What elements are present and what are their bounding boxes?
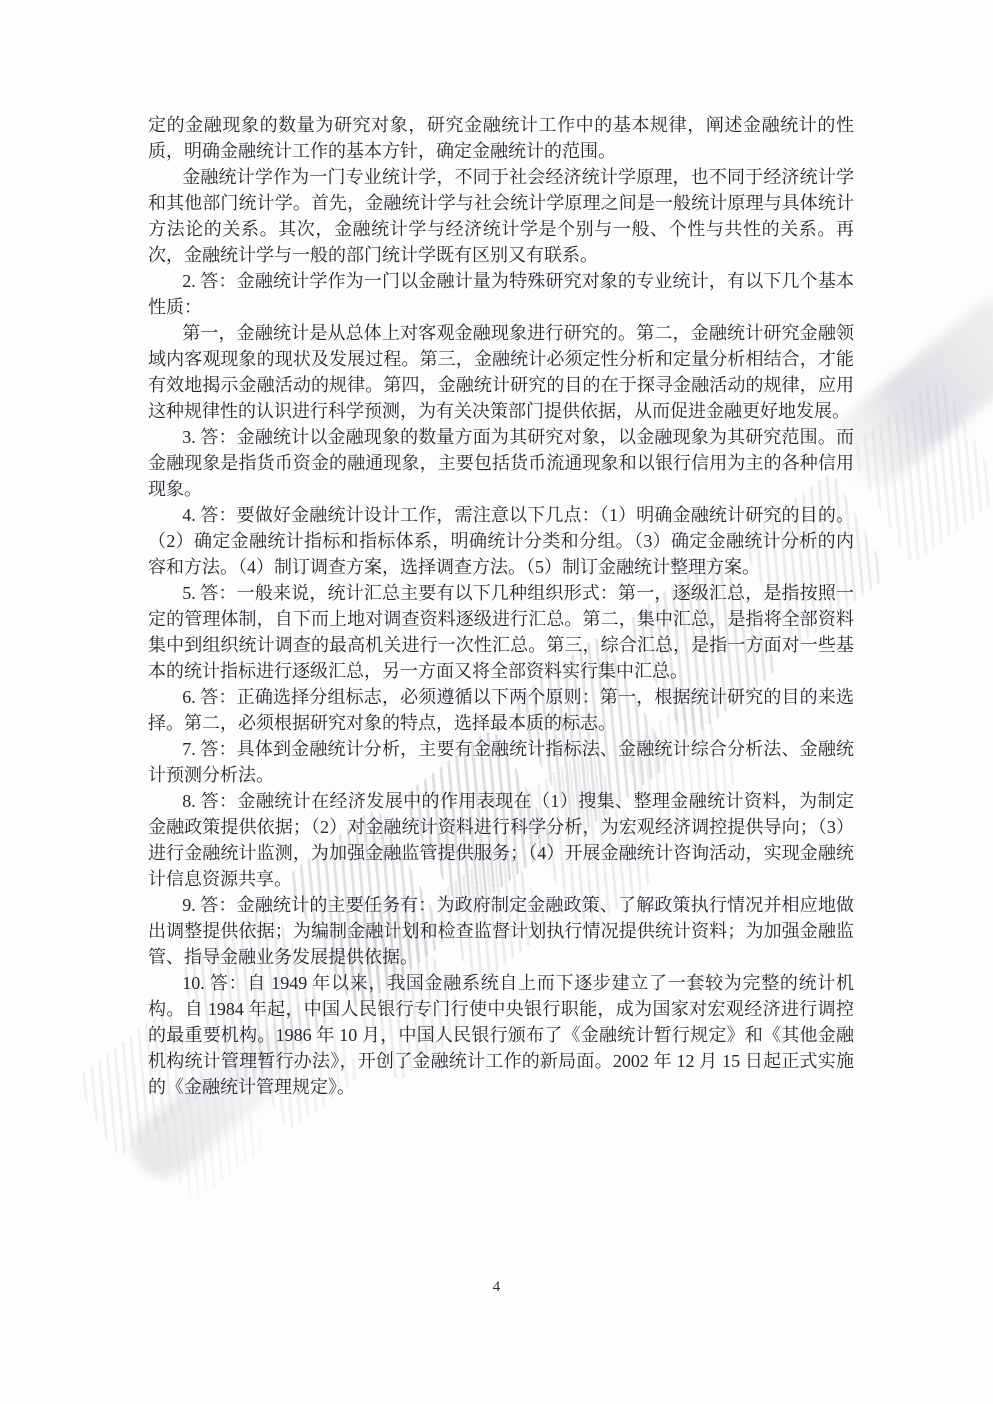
paragraph: 6. 答：正确选择分组标志，必须遵循以下两个原则：第一，根据统计研究的目的来选择… <box>148 684 854 736</box>
paragraph: 7. 答：具体到金融统计分析，主要有金融统计指标法、金融统计综合分析法、金融统计… <box>148 736 854 788</box>
paragraph: 8. 答：金融统计在经济发展中的作用表现在（1）搜集、整理金融统计资料，为制定金… <box>148 788 854 892</box>
watermark-hatch-mark <box>848 376 993 567</box>
paragraph: 9. 答：金融统计的主要任务有：为政府制定金融政策、了解政策执行情况并相应地做出… <box>148 892 854 970</box>
paragraph: 4. 答：要做好金融统计设计工作，需注意以下几点：（1）明确金融统计研究的目的。… <box>148 502 854 580</box>
page-content: 定的金融现象的数量为研究对象，研究金融统计工作中的基本规律，阐述金融统计的性质，… <box>148 112 854 1100</box>
page-number: 4 <box>493 1279 501 1295</box>
paragraph: 定的金融现象的数量为研究对象，研究金融统计工作中的基本规律，阐述金融统计的性质，… <box>148 112 854 164</box>
paragraph: 金融统计学作为一门专业统计学，不同于社会经济统计学原理，也不同于经济统计学和其他… <box>148 164 854 268</box>
paragraph: 第一，金融统计是从总体上对客观金融现象进行研究的。第二，金融统计研究金融领域内客… <box>148 320 854 424</box>
paragraph: 3. 答：金融统计以金融现象的数量方面为其研究对象，以金融现象为其研究范围。而金… <box>148 424 854 502</box>
paragraph: 5. 答：一般来说，统计汇总主要有以下几种组织形式：第一，逐级汇总，是指按照一定… <box>148 580 854 684</box>
paragraph: 10. 答：自 1949 年以来，我国金融系统自上而下逐步建立了一套较为完整的统… <box>148 970 854 1100</box>
paragraph: 2. 答：金融统计学作为一门以金融计量为特殊研究对象的专业统计，有以下几个基本性… <box>148 268 854 320</box>
document-page: 定的金融现象的数量为研究对象，研究金融统计工作中的基本规律，阐述金融统计的性质，… <box>0 0 993 1404</box>
page-footer: 4 <box>0 1278 993 1296</box>
